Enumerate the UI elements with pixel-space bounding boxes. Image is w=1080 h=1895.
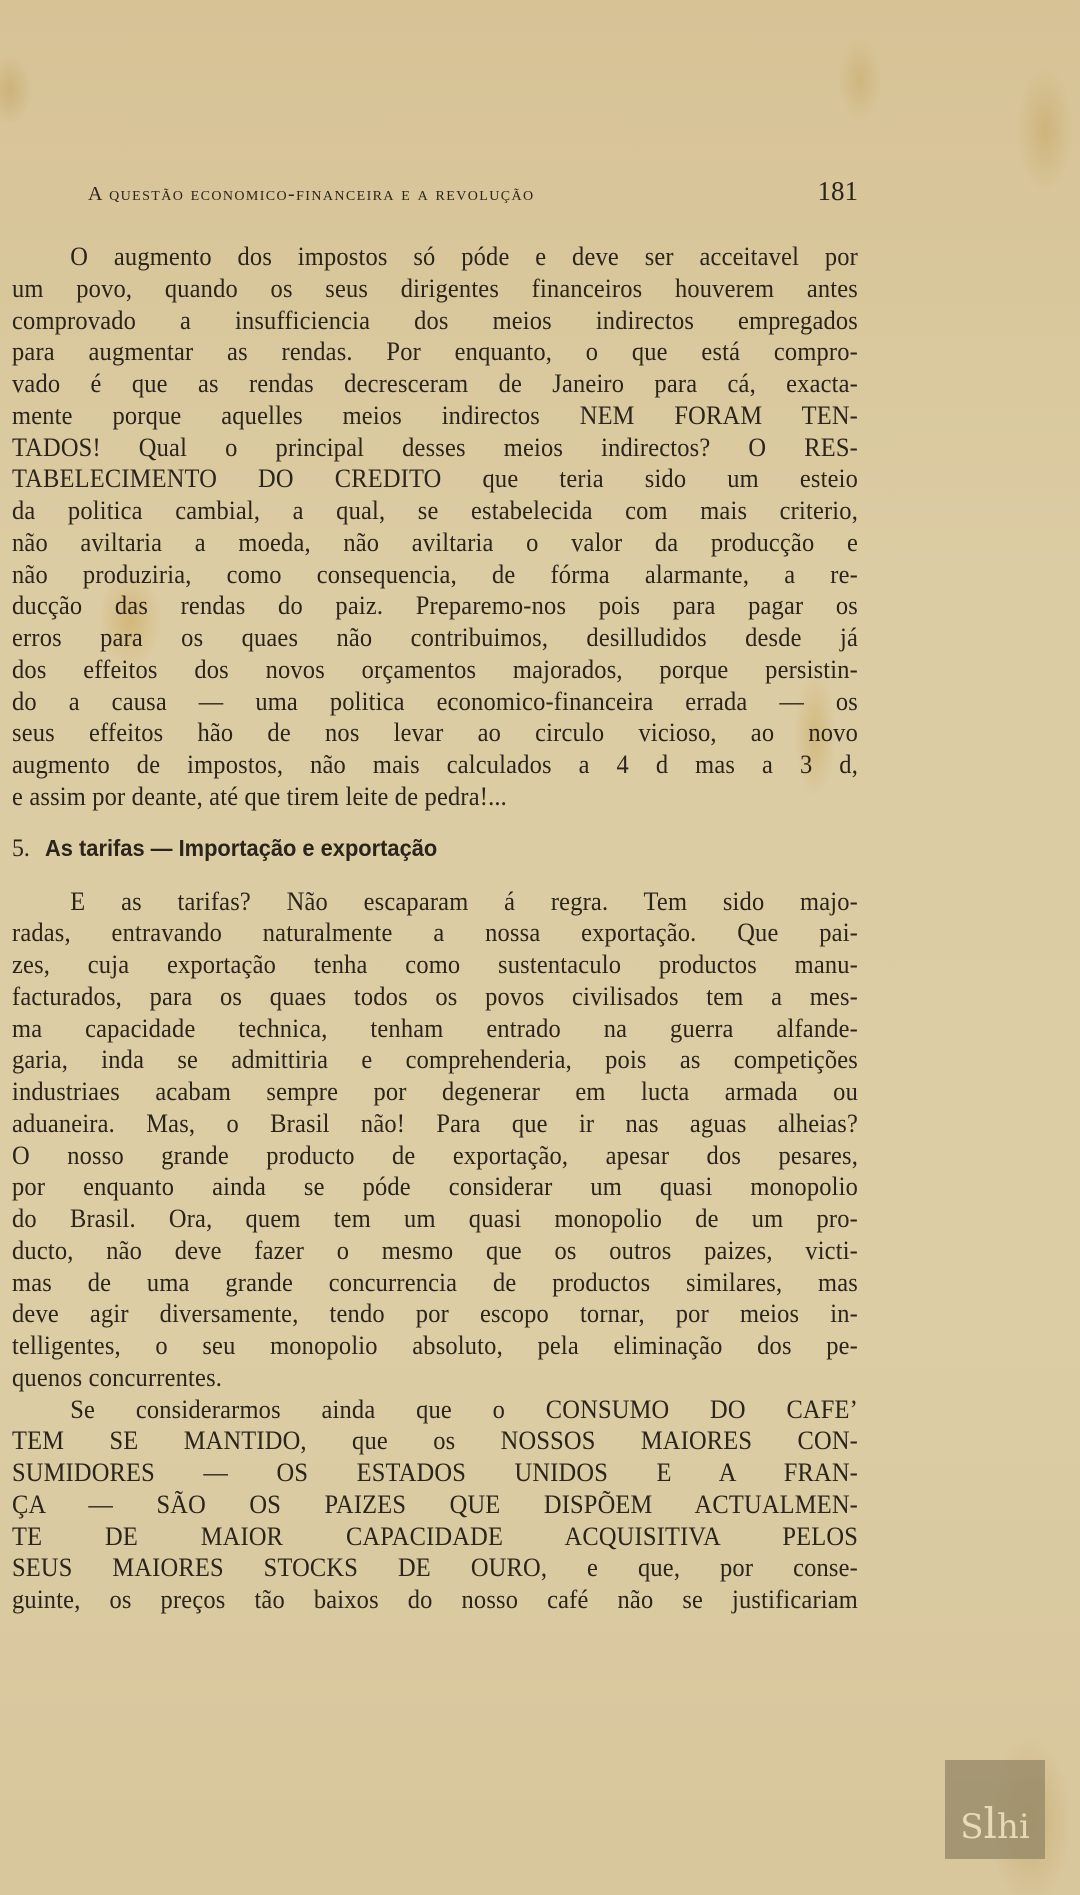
text-line: por enquanto ainda se póde considerar um… [12, 1171, 858, 1203]
text-line: seus effeitos hão de nos levar ao circul… [12, 717, 858, 749]
section-title: As tarifas — Importação e exportação [45, 835, 437, 861]
text-line: guinte, os preços tão baixos do nosso ca… [12, 1584, 858, 1616]
watermark-l: l [984, 1799, 997, 1848]
text-line: facturados, para os quaes todos os povos… [12, 981, 858, 1013]
running-head: A QUESTÃO ECONOMICO-FINANCEIRA E A REVOL… [88, 176, 858, 212]
text-line: radas, entravando naturalmente a nossa e… [12, 917, 858, 949]
text-line: zes, cuja exportação tenha como sustenta… [12, 949, 858, 981]
text-line: ÇA — SÃO OS PAIZES QUE DISPÕEM ACTUALMEN… [12, 1489, 858, 1521]
text-line: TE DE MAIOR CAPACIDADE ACQUISITIVA PELOS [12, 1521, 858, 1553]
text-line: SEUS MAIORES STOCKS DE OURO, e que, por … [12, 1552, 858, 1584]
text-line: industriaes acabam sempre por degenerar … [12, 1076, 858, 1108]
section-number: 5. [12, 835, 30, 862]
watermark-hi: hi [997, 1807, 1030, 1847]
text-line: dos effeitos dos novos orçamentos majora… [12, 654, 858, 686]
text-line: um povo, quando os seus dirigentes finan… [12, 273, 858, 305]
paragraph: E as tarifas? Não escaparam á regra. Tem… [12, 886, 858, 1394]
book-page: A QUESTÃO ECONOMICO-FINANCEIRA E A REVOL… [0, 0, 1080, 1895]
text-line: Se considerarmos ainda que o CONSUMO DO … [12, 1394, 858, 1426]
text-line: do Brasil. Ora, quem tem um quasi monopo… [12, 1203, 858, 1235]
text-line: E as tarifas? Não escaparam á regra. Tem… [12, 886, 858, 918]
text-line: comprovado a insufficiencia dos meios in… [12, 305, 858, 337]
text-line: mas de uma grande concurrencia de produc… [12, 1267, 858, 1299]
text-line: da politica cambial, a qual, se estabele… [12, 495, 858, 527]
watermark-text: Slhi [960, 1803, 1030, 1845]
text-line: TEM SE MANTIDO, que os NOSSOS MAIORES CO… [12, 1425, 858, 1457]
text-line: aduaneira. Mas, o Brasil não! Para que i… [12, 1108, 858, 1140]
text-line: deve agir diversamente, tendo por escopo… [12, 1298, 858, 1330]
text-line: O augmento dos impostos só póde e deve s… [12, 241, 858, 273]
text-line: vado é que as rendas decresceram de Jane… [12, 368, 858, 400]
text-line: não produziria, como consequencia, de fó… [12, 559, 858, 591]
text-line: garia, inda se admittiria e comprehender… [12, 1044, 858, 1076]
running-title: A QUESTÃO ECONOMICO-FINANCEIRA E A REVOL… [88, 183, 535, 206]
text-line: telligentes, o seu monopolio absoluto, p… [12, 1330, 858, 1362]
text-line: quenos concurrentes. [12, 1362, 858, 1394]
slhi-watermark-logo: Slhi [945, 1760, 1045, 1859]
watermark-s: S [960, 1807, 983, 1847]
page-body: O augmento dos impostos só póde e deve s… [12, 241, 858, 1616]
text-line: ducção das rendas do paiz. Preparemo-nos… [12, 590, 858, 622]
text-line: do a causa — uma politica economico-fina… [12, 686, 858, 718]
text-line: ducto, não deve fazer o mesmo que os out… [12, 1235, 858, 1267]
page-number: 181 [818, 176, 859, 207]
text-line: para augmentar as rendas. Por enquanto, … [12, 336, 858, 368]
text-line: mente porque aquelles meios indirectos N… [12, 400, 858, 432]
paragraph: O augmento dos impostos só póde e deve s… [12, 241, 858, 813]
text-line: não aviltaria a moeda, não aviltaria o v… [12, 527, 858, 559]
paragraph: Se considerarmos ainda que o CONSUMO DO … [12, 1394, 858, 1616]
text-line: e assim por deante, até que tirem leite … [12, 781, 858, 813]
text-line: erros para os quaes não contribuimos, de… [12, 622, 858, 654]
text-line: ma capacidade technica, tenham entrado n… [12, 1013, 858, 1045]
text-line: SUMIDORES — OS ESTADOS UNIDOS E A FRAN- [12, 1457, 858, 1489]
text-line: TADOS! Qual o principal desses meios ind… [12, 432, 858, 464]
text-line: augmento de impostos, não mais calculado… [12, 749, 858, 781]
text-line: O nosso grande producto de exportação, a… [12, 1140, 858, 1172]
text-line: TABELECIMENTO DO CREDITO que teria sido … [12, 463, 858, 495]
section-heading: 5.As tarifas — Importação e exportação [12, 833, 816, 864]
